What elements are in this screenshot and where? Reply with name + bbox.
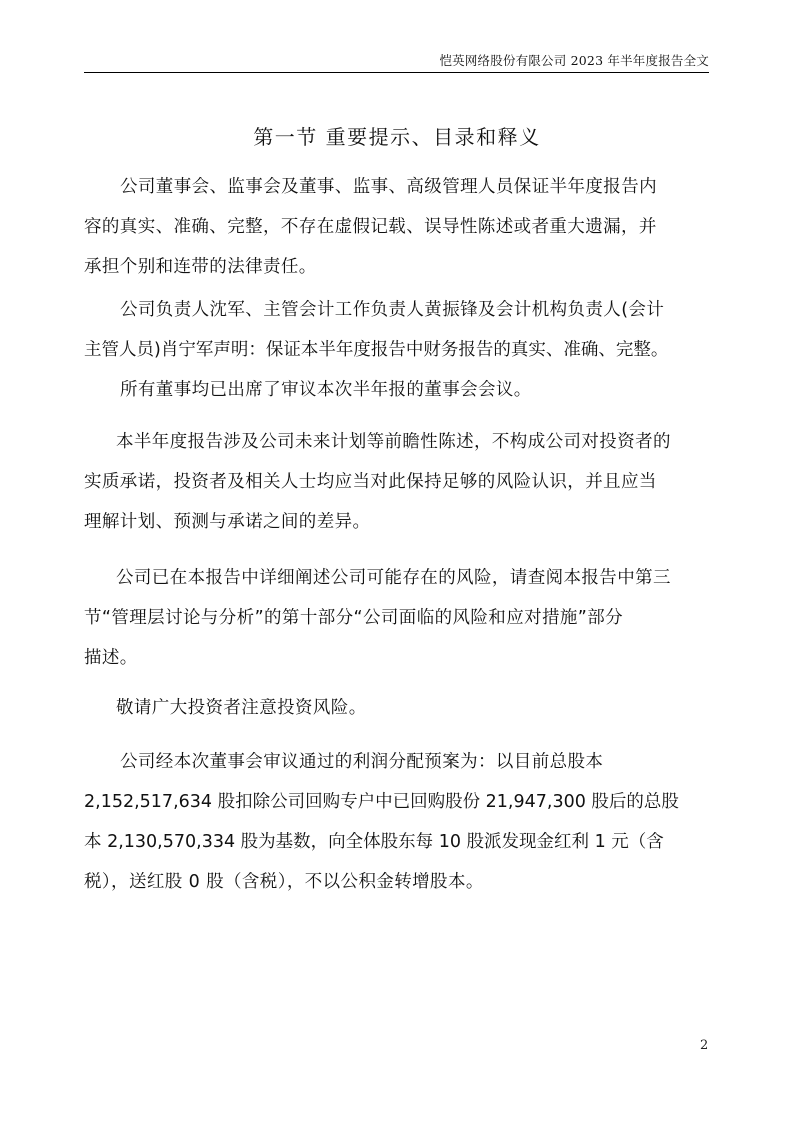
text-line: 描述。: [84, 638, 712, 678]
text-line: 公司已在本报告中详细阐述公司可能存在的风险，请查阅本报告中第三: [84, 558, 712, 598]
text-line: 理解计划、预测与承诺之间的差异。: [84, 502, 712, 542]
paragraph-forward-looking: 本半年度报告涉及公司未来计划等前瞻性陈述，不构成公司对投资者的 实质承诺，投资者…: [84, 422, 712, 542]
paragraph-profit-distribution: 公司经本次董事会审议通过的利润分配预案为：以目前总股本 2,152,517,63…: [84, 742, 712, 902]
text-line: 敬请广大投资者注意投资风险。: [84, 688, 712, 728]
text-line: 主管人员)肖宁军声明：保证本半年度报告中财务报告的真实、准确、完整。: [84, 330, 712, 370]
text-line: 实质承诺，投资者及相关人士均应当对此保持足够的风险认识，并且应当: [84, 462, 712, 502]
text-line: 税），送红股 0 股（含税），不以公积金转增股本。: [84, 862, 712, 902]
text-line: 本半年度报告涉及公司未来计划等前瞻性陈述，不构成公司对投资者的: [84, 422, 712, 462]
text-line: 本 2,130,570,334 股为基数，向全体股东每 10 股派发现金红利 1…: [84, 822, 712, 862]
paragraph-accounting-statement: 公司负责人沈军、主管会计工作负责人黄振锋及会计机构负责人(会计 主管人员)肖宁军…: [84, 290, 712, 370]
paragraph-investor-notice: 敬请广大投资者注意投资风险。: [84, 688, 712, 728]
text-line: 节“管理层讨论与分析”的第十部分“公司面临的风险和应对措施”部分: [84, 598, 712, 638]
text-line: 所有董事均已出席了审议本次半年报的董事会会议。: [84, 370, 712, 410]
page-number: 2: [700, 1038, 708, 1053]
text-line: 承担个别和连带的法律责任。: [84, 247, 712, 287]
paragraph-board-responsibility: 公司董事会、监事会及董事、监事、高级管理人员保证半年度报告内 容的真实、准确、完…: [84, 167, 712, 287]
paragraph-directors-attendance: 所有董事均已出席了审议本次半年报的董事会会议。: [84, 370, 712, 410]
text-line: 2,152,517,634 股扣除公司回购专户中已回购股份 21,947,300…: [84, 782, 712, 822]
header-report-title: 恺英网络股份有限公司 2023 年半年度报告全文: [439, 51, 709, 69]
text-line: 公司董事会、监事会及董事、监事、高级管理人员保证半年度报告内: [84, 167, 712, 207]
section-title: 第一节 重要提示、目录和释义: [0, 121, 794, 150]
page-header: 恺英网络股份有限公司 2023 年半年度报告全文: [84, 50, 709, 73]
text-line: 容的真实、准确、完整，不存在虚假记载、误导性陈述或者重大遗漏，并: [84, 207, 712, 247]
text-line: 公司经本次董事会审议通过的利润分配预案为：以目前总股本: [84, 742, 712, 782]
paragraph-risk-reference: 公司已在本报告中详细阐述公司可能存在的风险，请查阅本报告中第三 节“管理层讨论与…: [84, 558, 712, 678]
text-line: 公司负责人沈军、主管会计工作负责人黄振锋及会计机构负责人(会计: [84, 290, 712, 330]
